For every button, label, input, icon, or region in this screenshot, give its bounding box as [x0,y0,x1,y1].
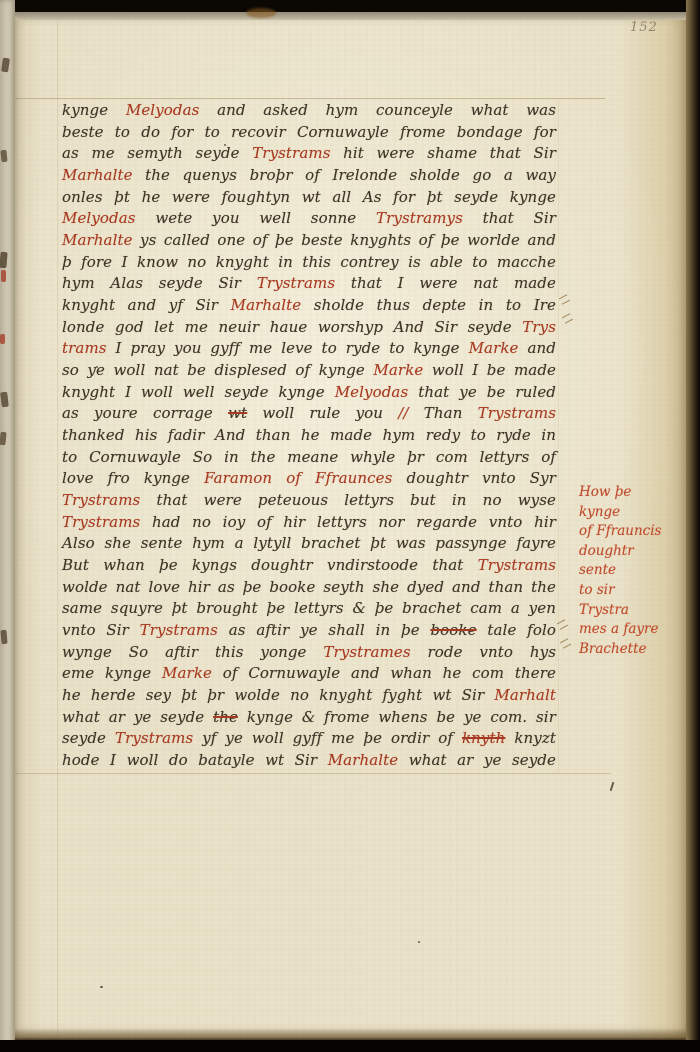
text-segment: what ar ye seyde [62,708,213,726]
showthrough-mark [1,58,10,73]
text-segment: eme kynge [62,664,162,682]
text-block: kynge Melyodas and asked hym counceyle w… [62,100,556,772]
text-line: love fro kynge Faramon of Ffraunces doug… [62,468,556,490]
text-segment: same squyre þt brought þe lettyrs & þe b… [62,599,556,617]
text-segment: as me semyth seyde [62,144,252,162]
text-line: as me semyth seyde Trystrams hit were sh… [62,143,556,165]
rubricated-name: Trystrams [257,274,335,292]
rubricated-name: // [398,404,408,422]
margin-note-line: of Ffrauncis [579,522,667,542]
rubricated-name: Marke [162,664,212,682]
text-segment: onles þt he were foughtyn wt all As for … [62,188,556,206]
rubricated-name: Trystrams [252,144,330,162]
rubricated-name: Marhalte [231,296,302,314]
rubricated-name: Trystrams [62,513,140,531]
rubricated-name: Melyodas [62,209,136,227]
text-segment: to Cornuwayle So in the meane whyle þr c… [62,448,556,466]
text-segment: love fro kynge [62,469,204,487]
text-segment: tale folo [477,621,556,639]
text-line: Marhalte the quenys broþr of Irelonde sh… [62,165,556,187]
text-segment: and asked hym counceyle what was [199,101,556,119]
text-segment: londe god let me neuir haue worshyp And … [62,318,522,336]
rubricated-name: Marhalte [62,231,133,249]
text-segment: that were peteuous lettyrs but in no wys… [140,491,556,509]
text-line: Trystrams that were peteuous lettyrs but… [62,490,556,512]
text-line: eme kynge Marke of Cornuwayle and whan h… [62,663,556,685]
speck [418,941,420,943]
text-line: þ fore I know no knyght in this contrey … [62,252,556,274]
text-segment: doughtr vnto Syr [392,469,556,487]
text-line: londe god let me neuir haue worshyp And … [62,317,556,339]
text-line: same squyre þt brought þe lettyrs & þe b… [62,598,556,620]
text-segment: of Cornuwayle and whan he com there [212,664,556,682]
text-segment: wt [228,404,247,422]
rubricated-name: Marke [469,339,519,357]
text-segment: thanked his fadir And than he made hym r… [62,426,556,444]
text-line: what ar ye seyde the kynge & frome whens… [62,707,556,729]
text-segment: the quenys broþr of Irelonde sholde go a… [133,166,556,184]
text-segment: yf ye woll gyff me þe ordir of [193,729,462,747]
showthrough-mark [0,150,7,163]
text-segment: that I were nat made [335,274,556,292]
text-segment: hit were shame that Sir [331,144,557,162]
ruling-line-bottom [15,773,611,774]
showthrough-mark [0,630,7,644]
text-segment: wete you well sonne [136,209,376,227]
margin-note: How þe kyngeof Ffrauncisdoughtr senteto … [579,483,667,659]
margin-note-line: doughtr sente [579,542,667,581]
rubricated-name: Marhalt [494,686,556,704]
margin-note-line: How þe kynge [579,483,667,522]
showthrough-mark [0,392,9,408]
text-segment: had no ioy of hir lettyrs nor regarde vn… [140,513,556,531]
text-segment: sholde thus depte in to Ire [301,296,556,314]
text-line: hym Alas seyde Sir Trystrams that I were… [62,273,556,295]
rubricated-name: Trystrams [62,491,140,509]
text-segment: hode I woll do batayle wt Sir [62,751,328,769]
text-line: Marhalte ys called one of þe beste knygh… [62,230,556,252]
text-segment: I pray you gyff me leve to ryde to kynge [107,339,469,357]
text-segment: as youre corrage [62,404,228,422]
text-segment: woll rule you [247,404,398,422]
showthrough-mark-red [0,334,5,344]
rubricated-name: Marhalte [62,166,133,184]
text-segment: Also she sente hym a lytyll brachet þt w… [62,534,556,552]
rubricated-name: trams [62,339,107,357]
book-fore-edge [686,0,700,1052]
ruling-line-left [57,20,58,1036]
text-segment: that Sir [463,209,556,227]
margin-note-line: to sir Trystra [579,581,667,620]
ink-stain [246,8,276,18]
text-segment: ys called one of þe beste knyghts of þe … [133,231,556,249]
text-line: Melyodas wete you well sonne Trystramys … [62,208,556,230]
text-line: so ye woll nat be displesed of kynge Mar… [62,360,556,382]
rubricated-name: Marhalte [328,751,399,769]
text-segment: kynge & frome whens be ye com. sir [238,708,556,726]
text-line: vnto Sir Trystrams as aftir ye shall in … [62,620,556,642]
text-segment: beste to do for to recovir Cornuwayle fr… [62,123,556,141]
text-segment: that ye be ruled [408,383,556,401]
text-segment: the [213,708,238,726]
text-segment: wynge So aftir this yonge [62,643,323,661]
text-line: knyght I woll well seyde kynge Melyodas … [62,382,556,404]
text-segment: wolde nat love hir as þe booke seyth she… [62,578,556,596]
margin-note-line: mes a fayre [579,620,667,640]
text-segment: rode vnto hys [411,643,556,661]
text-line: seyde Trystrams yf ye woll gyff me þe or… [62,728,556,750]
text-segment: and [519,339,556,357]
rubricated-name: Melyodas [126,101,200,119]
text-segment: as aftir ye shall in þe [218,621,430,639]
rubricated-name: Trys [522,318,556,336]
text-segment: vnto Sir [62,621,140,639]
text-line: kynge Melyodas and asked hym counceyle w… [62,100,556,122]
text-line: But whan þe kyngs doughtr vndirstoode th… [62,555,556,577]
text-segment: þ fore I know no knyght in this contrey … [62,253,556,271]
text-segment: knyght I woll well seyde kynge [62,383,335,401]
text-segment: knyght and yf Sir [62,296,231,314]
text-line: trams I pray you gyff me leve to ryde to… [62,338,556,360]
rubricated-name: Trystrams [478,556,556,574]
text-segment: booke [430,621,476,639]
text-line: wynge So aftir this yonge Trystrames rod… [62,642,556,664]
ruling-line-top [15,98,605,99]
text-line: hode I woll do batayle wt Sir Marhalte w… [62,750,556,772]
photo-background [0,1040,700,1052]
rubricated-name: Marke [373,361,423,379]
text-line: to Cornuwayle So in the meane whyle þr c… [62,447,556,469]
text-line: beste to do for to recovir Cornuwayle fr… [62,122,556,144]
folio-number: 152 [630,20,658,35]
rubricated-name: Trystramys [376,209,463,227]
text-line: he herde sey þt þr wolde no knyght fyght… [62,685,556,707]
text-segment: knyzt [505,729,556,747]
rubricated-name: Trystrams [115,729,193,747]
text-line: thanked his fadir And than he made hym r… [62,425,556,447]
rubricated-name: Trystrames [323,643,410,661]
text-line: wolde nat love hir as þe booke seyth she… [62,577,556,599]
margin-note-line: Brachette [579,640,667,660]
rubricated-name: Trystrams [140,621,218,639]
page-top-edge [15,12,686,20]
speck [100,986,103,988]
rubricated-name: Trystrams [478,404,556,422]
text-segment: he herde sey þt þr wolde no knyght fyght… [62,686,494,704]
ruling-line-right [558,98,559,774]
text-segment: what ar ye seyde [398,751,556,769]
rubricated-name: knyth [462,729,505,747]
text-segment: seyde [62,729,115,747]
text-segment: But whan þe kyngs doughtr vndirstoode th… [62,556,478,574]
text-line: Trystrams had no ioy of hir lettyrs nor … [62,512,556,534]
text-segment: so ye woll nat be displesed of kynge [62,361,373,379]
text-line: Also she sente hym a lytyll brachet þt w… [62,533,556,555]
text-line: onles þt he were foughtyn wt all As for … [62,187,556,209]
text-line: knyght and yf Sir Marhalte sholde thus d… [62,295,556,317]
facing-page-edge [0,0,15,1052]
rubricated-name: Melyodas [335,383,409,401]
text-segment: woll I be made [423,361,556,379]
showthrough-mark-red [1,270,6,282]
showthrough-mark [0,252,8,269]
showthrough-mark [0,432,7,446]
rubricated-name: Faramon of Ffraunces [204,469,392,487]
text-segment: Than [409,404,478,422]
text-segment: kynge [62,101,126,119]
text-line: as youre corrage wt woll rule you // Tha… [62,403,556,425]
text-segment: hym Alas seyde Sir [62,274,257,292]
